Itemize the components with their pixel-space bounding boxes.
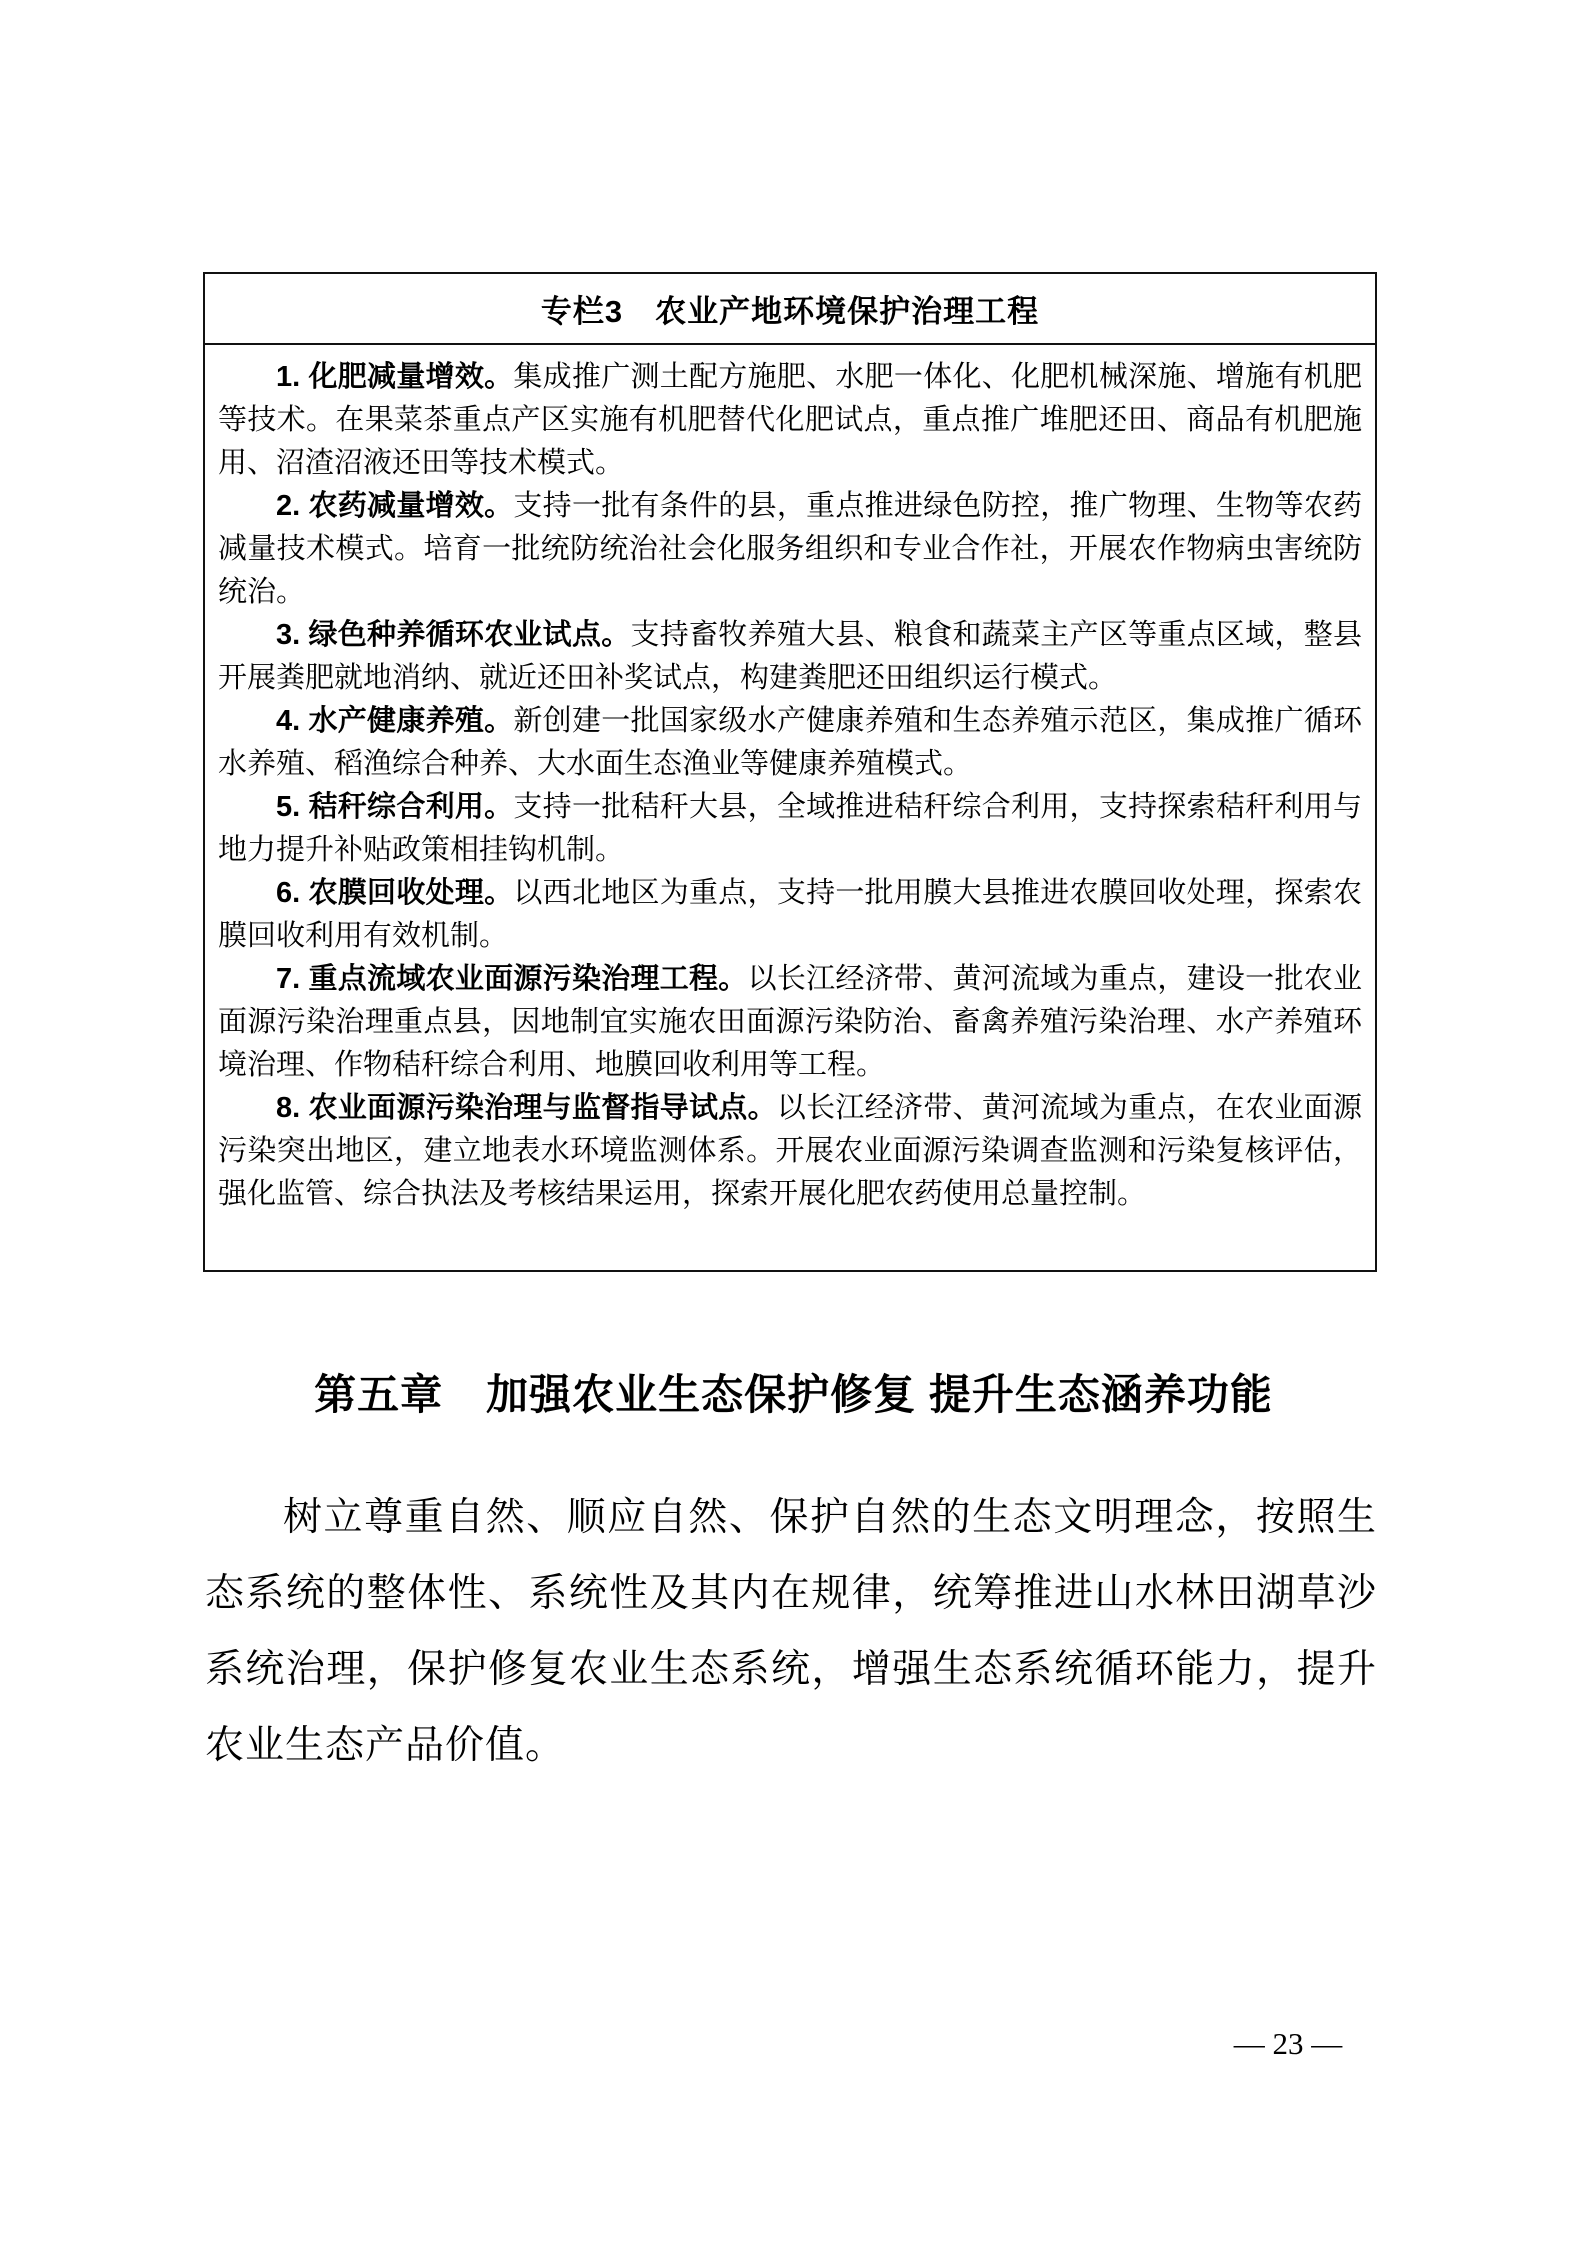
box-item-3: 3. 绿色种养循环农业试点。支持畜牧养殖大县、粮食和蔬菜主产区等重点区域，整县开… [218,614,1362,700]
box-item-4-lead: 4. 水产健康养殖。 [276,705,513,737]
box-item-1: 1. 化肥减量增效。集成推广测土配方施肥、水肥一体化、化肥机械深施、增施有机肥等… [218,356,1362,485]
body-paragraph: 树立尊重自然、顺应自然、保护自然的生态文明理念，按照生态系统的整体性、系统性及其… [205,1480,1377,1784]
box-item-2: 2. 农药减量增效。支持一批有条件的县，重点推进绿色防控，推广物理、生物等农药减… [218,485,1362,614]
box-item-7-lead: 7. 重点流域农业面源污染治理工程。 [276,963,748,995]
page-number: — 23 — [1138,2026,1438,2062]
box-item-5: 5. 秸秆综合利用。支持一批秸秆大县，全域推进秸秆综合利用，支持探索秸秆利用与地… [218,786,1362,872]
box-item-4: 4. 水产健康养殖。新创建一批国家级水产健康养殖和生态养殖示范区，集成推广循环水… [218,700,1362,786]
feature-box: 专栏3 农业产地环境保护治理工程 1. 化肥减量增效。集成推广测土配方施肥、水肥… [203,272,1377,1272]
box-item-5-lead: 5. 秸秆综合利用。 [276,791,513,823]
box-item-1-lead: 1. 化肥减量增效。 [276,361,513,393]
box-item-3-lead: 3. 绿色种养循环农业试点。 [276,619,631,651]
feature-box-title: 专栏3 农业产地环境保护治理工程 [205,274,1375,345]
box-item-2-lead: 2. 农药减量增效。 [276,490,513,522]
box-item-7: 7. 重点流域农业面源污染治理工程。以长江经济带、黄河流域为重点，建设一批农业面… [218,958,1362,1087]
box-item-8: 8. 农业面源污染治理与监督指导试点。以长江经济带、黄河流域为重点，在农业面源污… [218,1087,1362,1216]
chapter-heading: 第五章 加强农业生态保护修复 提升生态涵养功能 [0,1362,1587,1422]
box-item-6-lead: 6. 农膜回收处理。 [276,877,513,909]
box-item-6: 6. 农膜回收处理。以西北地区为重点，支持一批用膜大县推进农膜回收处理，探索农膜… [218,872,1362,958]
feature-box-body: 1. 化肥减量增效。集成推广测土配方施肥、水肥一体化、化肥机械深施、增施有机肥等… [205,345,1375,1216]
box-item-8-lead: 8. 农业面源污染治理与监督指导试点。 [276,1092,777,1124]
document-page: 专栏3 农业产地环境保护治理工程 1. 化肥减量增效。集成推广测土配方施肥、水肥… [0,0,1587,2245]
